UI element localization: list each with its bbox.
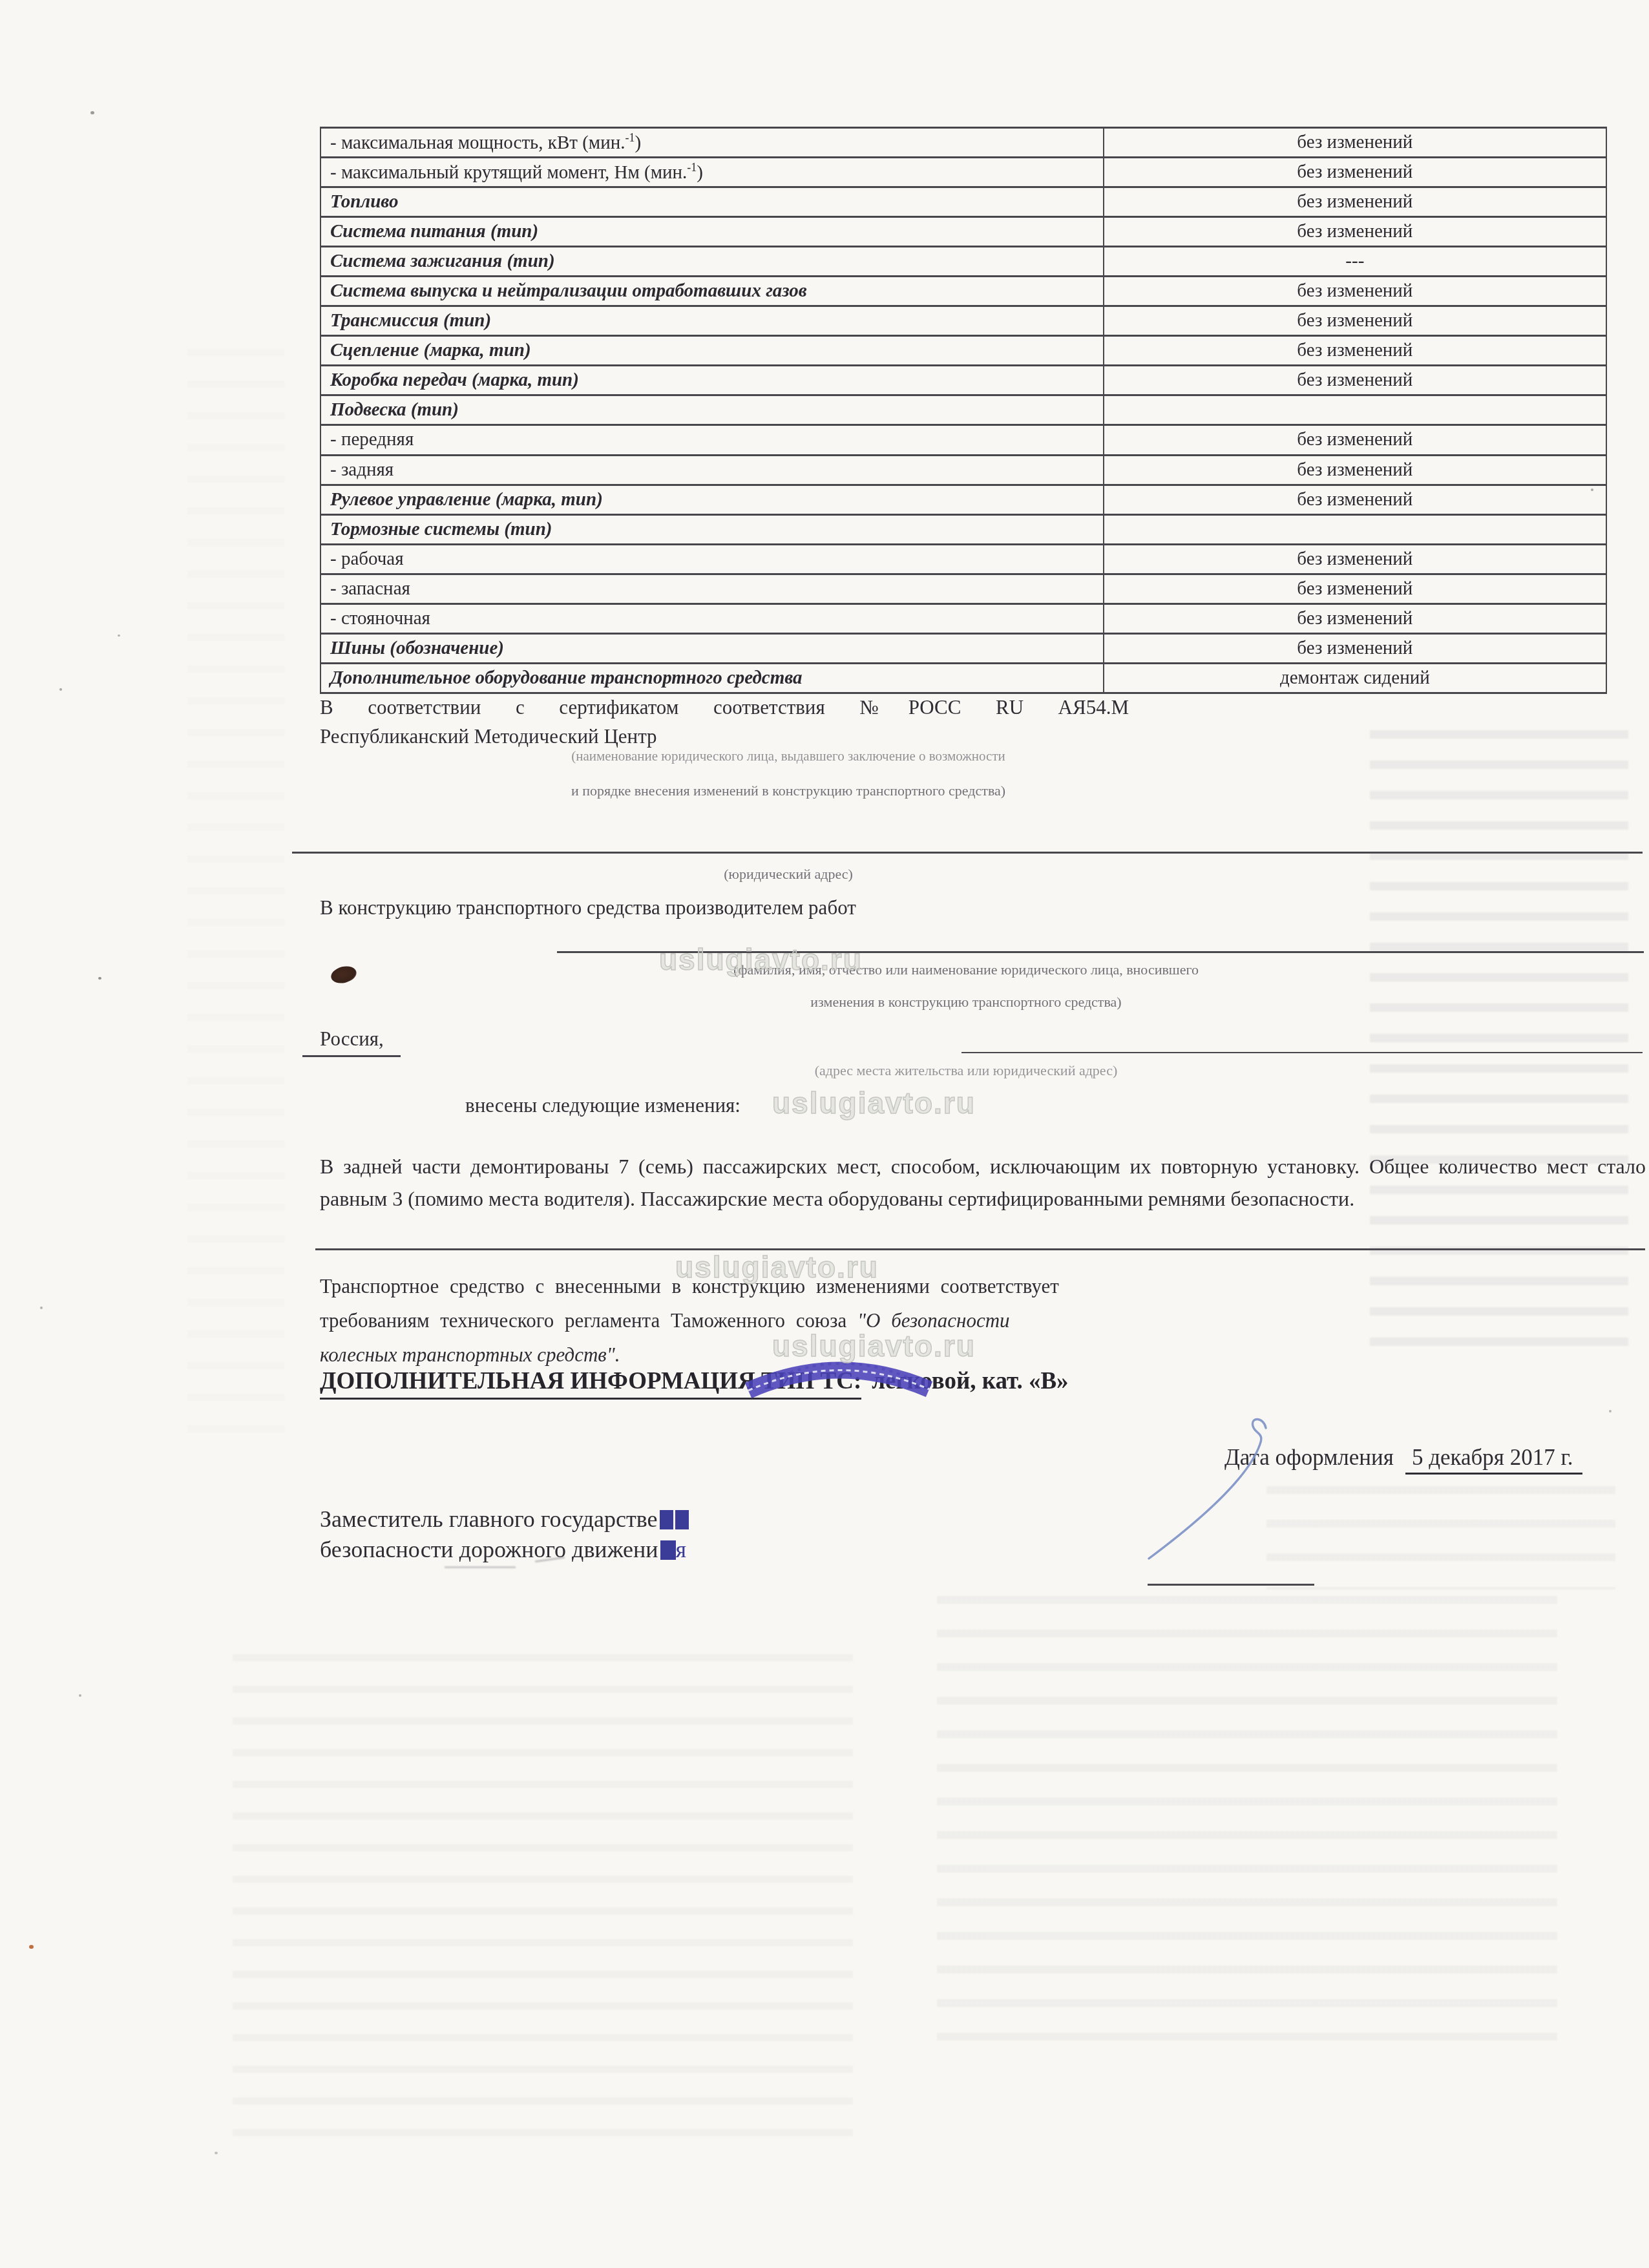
table-row: Топливобез изменений — [320, 187, 1606, 217]
spec-value — [1104, 395, 1606, 425]
spec-value: без изменений — [1104, 574, 1606, 604]
spec-label: Дополнительное оборудование транспортног… — [320, 663, 1104, 693]
spec-label: - максимальный крутящий момент, Нм (мин.… — [320, 158, 1104, 187]
work-line: В конструкцию транспортного средства про… — [320, 896, 856, 921]
table-row: Система зажигания (тип)--- — [320, 247, 1606, 277]
certificate-line: В соответствии с сертификатом соответств… — [320, 695, 1129, 720]
additional-info-line: ДОПОЛНИТЕЛЬНАЯ ИНФОРМАЦИЯ ТИП ТС:легково… — [320, 1367, 1069, 1395]
spec-value: без изменений — [1104, 128, 1606, 158]
spec-label: - стояночная — [320, 604, 1104, 633]
spec-value: без изменений — [1104, 485, 1606, 514]
pen-stroke-signature — [1124, 1409, 1279, 1570]
spec-value: без изменений — [1104, 544, 1606, 574]
watermark: uslugiavto.ru — [659, 942, 863, 977]
issuer-caption-line1: (наименование юридического лица, выдавше… — [320, 748, 1257, 764]
spec-label: Подвеска (тип) — [320, 395, 1104, 425]
table-row: - максимальная мощность, кВт (мин.-1)без… — [320, 128, 1606, 158]
spec-value: без изменений — [1104, 158, 1606, 187]
table-row: - передняябез изменений — [320, 425, 1606, 455]
redaction-box-icon — [660, 1540, 676, 1560]
date-value: 5 декабря 2017 г. — [1405, 1445, 1582, 1475]
spec-value: без изменений — [1104, 366, 1606, 395]
scanned-document-page: - максимальная мощность, кВт (мин.-1)без… — [0, 0, 1649, 2268]
legal-address-caption: (юридический адрес) — [320, 866, 1257, 883]
scan-speck — [29, 1945, 34, 1949]
table-row: Рулевое управление (марка, тип)без измен… — [320, 485, 1606, 514]
spec-label: Система выпуска и нейтрализации отработа… — [320, 277, 1104, 306]
spec-value: без изменений — [1104, 425, 1606, 455]
spec-label: Рулевое управление (марка, тип) — [320, 485, 1104, 514]
spec-label: - задняя — [320, 455, 1104, 485]
conformity-line3: колесных транспортных средств". — [320, 1343, 620, 1368]
spec-label: - запасная — [320, 574, 1104, 604]
country-underline — [302, 1055, 401, 1057]
spec-label: Коробка передач (марка, тип) — [320, 366, 1104, 395]
watermark: uslugiavto.ru — [772, 1328, 976, 1363]
vehicle-spec-table: - максимальная мощность, кВт (мин.-1)без… — [320, 127, 1607, 694]
watermark: uslugiavto.ru — [675, 1250, 879, 1285]
spec-value: без изменений — [1104, 455, 1606, 485]
table-row: - запаснаябез изменений — [320, 574, 1606, 604]
spec-value: без изменений — [1104, 217, 1606, 247]
table-row: - задняябез изменений — [320, 455, 1606, 485]
changes-intro: внесены следующие изменения: — [465, 1093, 740, 1118]
bleedthrough-area — [937, 1596, 1557, 2061]
watermark: uslugiavto.ru — [772, 1086, 976, 1120]
official-title-line2-end: я — [676, 1537, 687, 1562]
scan-speck — [118, 635, 120, 636]
scan-speck — [1609, 1410, 1612, 1412]
spec-label: Трансмиссия (тип) — [320, 306, 1104, 336]
scan-speck — [98, 977, 101, 980]
spec-label: Система питания (тип) — [320, 217, 1104, 247]
official-title-line2-text: безопасности дорожного движени — [320, 1537, 658, 1562]
erased-text-trace — [445, 1566, 516, 1568]
table-row: Коробка передач (марка, тип)без изменени… — [320, 366, 1606, 395]
scan-speck — [1591, 488, 1593, 491]
table-row: - рабочаябез изменений — [320, 544, 1606, 574]
spec-value — [1104, 514, 1606, 544]
spec-label: - рабочая — [320, 544, 1104, 574]
scan-speck — [79, 1694, 81, 1697]
spec-value: демонтаж сидений — [1104, 663, 1606, 693]
table-row: Сцепление (марка, тип)без изменений — [320, 336, 1606, 366]
spec-value: без изменений — [1104, 633, 1606, 663]
scan-speck — [215, 2152, 218, 2154]
redaction-box-icon — [660, 1510, 673, 1529]
table-row: - максимальный крутящий момент, Нм (мин.… — [320, 158, 1606, 187]
country-value: Россия, — [320, 1027, 384, 1052]
spec-value: без изменений — [1104, 336, 1606, 366]
table-row: Дополнительное оборудование транспортног… — [320, 663, 1606, 693]
spec-label: Сцепление (марка, тип) — [320, 336, 1104, 366]
table-row: Система питания (тип)без изменений — [320, 217, 1606, 247]
spec-label: - максимальная мощность, кВт (мин.-1) — [320, 128, 1104, 158]
spec-value: без изменений — [1104, 306, 1606, 336]
table-row: Трансмиссия (тип)без изменений — [320, 306, 1606, 336]
table-row: Шины (обозначение)без изменений — [320, 633, 1606, 663]
table-row: - стояночнаябез изменений — [320, 604, 1606, 633]
scan-speck — [59, 688, 62, 691]
spec-value: без изменений — [1104, 277, 1606, 306]
table-row: Подвеска (тип) — [320, 395, 1606, 425]
table-row: Тормозные системы (тип) — [320, 514, 1606, 544]
spec-label: Система зажигания (тип) — [320, 247, 1104, 277]
bleedthrough-area — [233, 1654, 853, 2145]
official-title-line2: безопасности дорожного движения — [320, 1536, 686, 1563]
conformity-line2-normal: требованиям технического регламента Тамо… — [320, 1309, 846, 1332]
scan-speck — [40, 1307, 43, 1309]
spec-label: Тормозные системы (тип) — [320, 514, 1104, 544]
spec-label: - передняя — [320, 425, 1104, 455]
scan-speck — [90, 111, 94, 114]
bleedthrough-area — [1370, 730, 1628, 1363]
spec-label: Топливо — [320, 187, 1104, 217]
spec-label: Шины (обозначение) — [320, 633, 1104, 663]
bleedthrough-area — [1266, 1486, 1615, 1590]
spec-value: --- — [1104, 247, 1606, 277]
official-title-line1-text: Заместитель главного государстве — [320, 1506, 658, 1532]
spec-value: без изменений — [1104, 604, 1606, 633]
issuer-caption-line2: и порядке внесения изменений в конструкц… — [320, 782, 1257, 799]
issuer-name: Республиканский Методический Центр — [320, 724, 657, 750]
bleedthrough-area — [187, 349, 284, 1447]
redaction-box-icon — [675, 1510, 689, 1529]
official-title-line1: Заместитель главного государстве — [320, 1506, 689, 1533]
spec-value: без изменений — [1104, 187, 1606, 217]
table-row: Система выпуска и нейтрализации отработа… — [320, 277, 1606, 306]
